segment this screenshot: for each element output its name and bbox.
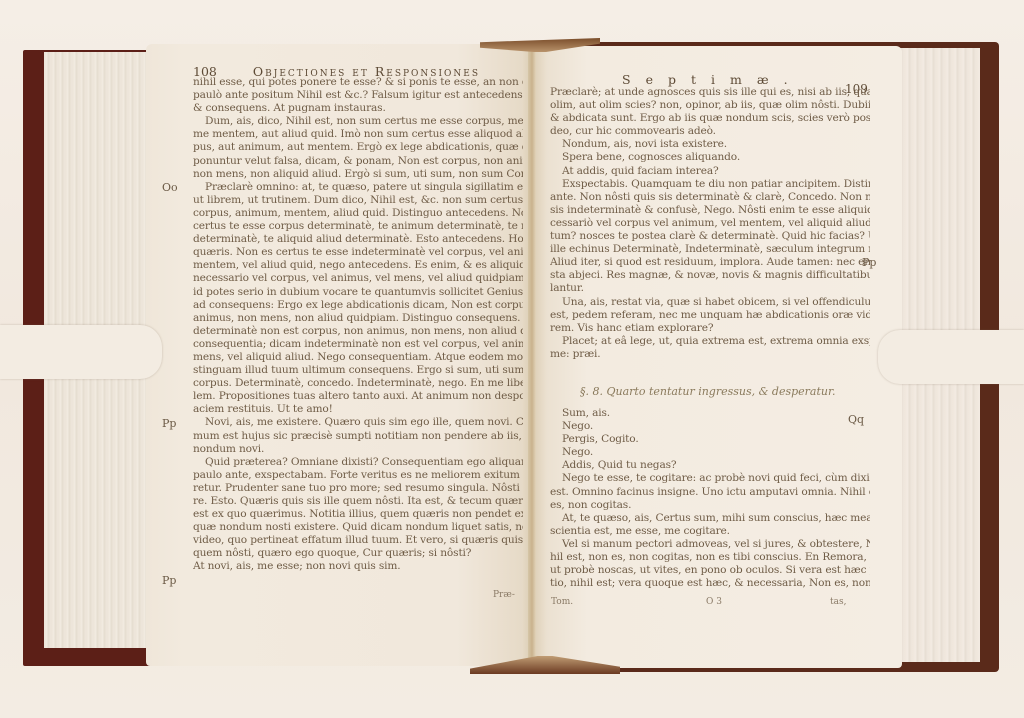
text-line: id potes serio in dubium vocare te quant… xyxy=(193,286,523,299)
text-line: ut probè noscas, ut vites, en pono ob oc… xyxy=(550,564,870,577)
text-line: Sum, ais. xyxy=(550,407,870,420)
text-line: mens, vel aliquid aliud. Nego consequent… xyxy=(193,351,523,364)
right-catchword: tas, xyxy=(830,597,846,607)
text-line: & consequens. At pugnam instauras. xyxy=(193,102,523,115)
margin-note-qq: Qq xyxy=(848,413,864,426)
book-gutter xyxy=(528,50,536,664)
text-line: Nego te esse, te cogitare: ac probè novi… xyxy=(550,472,870,485)
text-line: certus te esse corpus determinatè, te an… xyxy=(193,220,523,233)
text-line: Pergis, Cogito. xyxy=(550,433,870,446)
text-line: ut librem, ut trutinem. Dum dico, Nihil … xyxy=(193,194,523,207)
text-line: non mens, non aliquid aliud. Ergò si sum… xyxy=(193,168,523,181)
section-heading: §. 8. Quarto tentatur ingressus, & despe… xyxy=(580,385,836,398)
text-line: sis indeterminatè & confusè, Nego. Nôsti… xyxy=(550,204,870,217)
text-line: me: præi. xyxy=(550,348,870,361)
text-line: mentem, vel aliud quid, nego antecedens.… xyxy=(193,259,523,272)
text-line: nihil esse, qui potes ponere te esse? & … xyxy=(193,76,523,89)
text-line: At addis, quid faciam interea? xyxy=(550,165,870,178)
right-page-body: Præclarè; at unde agnosces quis sis ille… xyxy=(550,86,870,361)
text-line: & abdicata sunt. Ergo ab iis quæ nondum … xyxy=(550,112,870,125)
text-line: quæris. Non es certus te esse indetermin… xyxy=(193,246,523,259)
text-line: me mentem, aut aliud quid. Imò non sum c… xyxy=(193,128,523,141)
text-line: hil est, non es, non cogitas, non es tib… xyxy=(550,551,870,564)
text-line: quæ nondum nosti existere. Quid dicam no… xyxy=(193,521,523,534)
text-line: aciem restituis. Ut te amo! xyxy=(193,403,523,416)
text-line: necessario vel corpus, vel animus, vel m… xyxy=(193,272,523,285)
text-line: ponuntur velut falsa, dicam, & ponam, No… xyxy=(193,155,523,168)
signature-left: Tom. xyxy=(551,597,573,607)
text-line: ille echinus Determinatè, Indeterminatè,… xyxy=(550,243,870,256)
text-line: scientia est, me esse, me cogitare. xyxy=(550,525,870,538)
margin-note: Oo xyxy=(162,181,178,194)
text-line: At novi, ais, me esse; non novi quis sim… xyxy=(193,560,523,573)
text-line: Spera bene, cognosces aliquando. xyxy=(550,151,870,164)
right-section-body: Sum, ais.Nego.Pergis, Cogito.Nego.Addis,… xyxy=(550,407,870,590)
text-line: tum? nosces te postea clarè & determinat… xyxy=(550,230,870,243)
text-line: Quid præterea? Omniane dixisti? Conseque… xyxy=(193,456,523,469)
text-line: sta abjeci. Res magnæ, & novæ, novis & m… xyxy=(550,269,870,282)
text-line: stinguam illud tuum ultimum consequens. … xyxy=(193,364,523,377)
text-line: olim, aut olim scies? non, opinor, ab ii… xyxy=(550,99,870,112)
text-line: corpus, animum, mentem, aliud quid. Dist… xyxy=(193,207,523,220)
margin-note: Pp xyxy=(162,574,176,587)
right-running-head: Septimæ. xyxy=(622,72,803,87)
text-line: determinatè, te aliquid aliud determinat… xyxy=(193,233,523,246)
text-line: Addis, Quid tu negas? xyxy=(550,459,870,472)
text-line: Placet; at eâ lege, ut, quia extrema est… xyxy=(550,335,870,348)
text-line: Dum, ais, dico, Nihil est, non sum certu… xyxy=(193,115,523,128)
text-line: mum est hujus sic præcisè sumpti notitia… xyxy=(193,430,523,443)
text-line: lem. Propositiones tuas altero tanto aux… xyxy=(193,390,523,403)
text-line: re. Esto. Quæris quis sis ille quem nôst… xyxy=(193,495,523,508)
text-line: est, pedem referam, nec me unquam hæ abd… xyxy=(550,309,870,322)
text-line: Præclarè; at unde agnosces quis sis ille… xyxy=(550,86,870,99)
text-line: Nego. xyxy=(550,446,870,459)
text-line: corpus. Determinatè, concedo. Indetermin… xyxy=(193,377,523,390)
margin-note: Pp xyxy=(862,256,876,269)
text-line: animus, non mens, non aliud quidpiam. Di… xyxy=(193,312,523,325)
text-line: At, te quæso, ais, Certus sum, mihi sum … xyxy=(550,512,870,525)
text-line: Nego. xyxy=(550,420,870,433)
text-line: Nondum, ais, novi ista existere. xyxy=(550,138,870,151)
text-line: ante. Non nôsti quis sis determinatè & c… xyxy=(550,191,870,204)
text-line: paulò ante positum Nihil est &c.? Falsum… xyxy=(193,89,523,102)
text-line: rem. Vis hanc etiam explorare? xyxy=(550,322,870,335)
text-line: deo, cur hic commovearis adeò. xyxy=(550,125,870,138)
text-line: ad consequens: Ergo ex lege abdicationis… xyxy=(193,299,523,312)
text-line: es, non cogitas. xyxy=(550,499,870,512)
text-line: est. Omnino facinus insigne. Uno ictu am… xyxy=(550,486,870,499)
left-catchword: Præ- xyxy=(493,590,515,600)
text-line: cessariò vel corpus vel animum, vel ment… xyxy=(550,217,870,230)
text-line: est ex quo quærimus. Notitia illius, que… xyxy=(193,508,523,521)
margin-note: Pp xyxy=(162,417,176,430)
text-line: determinatè non est corpus, non animus, … xyxy=(193,325,523,338)
text-line: quem nôsti, quæro ego quoque, Cur quæris… xyxy=(193,547,523,560)
text-line: pus, aut animum, aut mentem. Ergò ex leg… xyxy=(193,141,523,154)
text-line: consequentia; dicam indeterminatè non es… xyxy=(193,338,523,351)
text-line: retur. Prudenter sane tuo pro more; sed … xyxy=(193,482,523,495)
page-clip-left xyxy=(0,325,162,379)
text-line: Una, ais, restat via, quæ si habet obice… xyxy=(550,296,870,309)
text-line: tio, nihil est; vera quoque est hæc, & n… xyxy=(550,577,870,590)
text-line: Novi, ais, me existere. Quæro quis sim e… xyxy=(193,416,523,429)
text-line: Vel si manum pectori admoveas, vel si ju… xyxy=(550,538,870,551)
text-line: paulo ante, exspectabam. Forte veritus e… xyxy=(193,469,523,482)
text-line: nondum novi. xyxy=(193,443,523,456)
text-line: video, quo pertineat effatum illud tuum.… xyxy=(193,534,523,547)
text-line: lantur. xyxy=(550,282,870,295)
text-line: Præclarè omnino: at, te quæso, patere ut… xyxy=(193,181,523,194)
text-line: Aliud iter, si quod est residuum, implor… xyxy=(550,256,870,269)
left-page-body: nihil esse, qui potes ponere te esse? & … xyxy=(193,76,523,574)
page-clip-right xyxy=(878,330,1024,384)
signature-mark: O 3 xyxy=(706,597,722,607)
text-line: Exspectabis. Quamquam te diu non patiar … xyxy=(550,178,870,191)
